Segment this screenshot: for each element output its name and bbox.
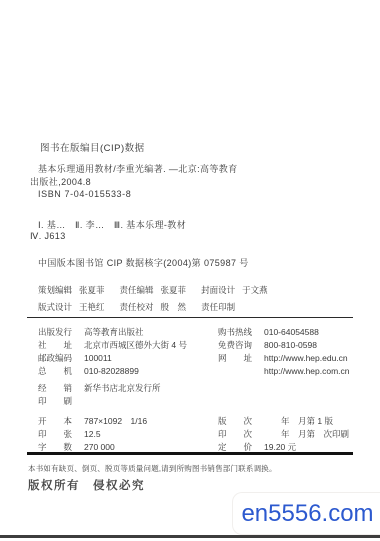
cip-classification-line1: Ⅰ. 基… Ⅱ. 李… Ⅲ. 基本乐理-教材 [38, 218, 186, 231]
publisher-row-label: 印 次 [218, 428, 256, 441]
cip-title-line1: 基本乐理通用教材/李重光编著. —北京:高等教育 [38, 162, 238, 175]
website-url: http://www.hep.com.cn [264, 365, 350, 378]
publisher-row-value: 新华书店北京发行所 [84, 382, 161, 395]
publisher-row: 购书热线010-64054588 [218, 326, 350, 339]
quality-notice: 本书如有缺页、倒页、脱页等质量问题,请到所购图书销售部门联系调换。 [28, 463, 277, 474]
publisher-row: 总 机010-82028899 [38, 365, 187, 378]
publisher-row: 网 址http://www.hep.edu.cn [218, 352, 350, 365]
divider-line-thick [27, 452, 353, 455]
copyright-statement: 版权所有 侵权必究 [28, 477, 145, 493]
publisher-row-value: 800-810-0598 [264, 339, 317, 352]
publisher-row-value: 010-82028899 [84, 365, 139, 378]
publisher-row-label [218, 365, 256, 378]
cip-record-number: 中国版本图书馆 CIP 数据核字(2004)第 075987 号 [38, 256, 249, 269]
credits-row-2: 版式设计王艳红 责任校对殷 然 责任印制 [38, 301, 283, 313]
publisher-row: http://www.hep.com.cn [218, 365, 350, 378]
publisher-row: 经 销新华书店北京发行所 [38, 382, 187, 395]
publisher-info-left: 出版发行高等教育出版社 社 址北京市西城区德外大街 4 号 邮政编码100011… [38, 326, 187, 454]
publisher-row: 开 本787×1092 1/16 [38, 415, 187, 428]
publisher-row-label: 经 销 [38, 382, 76, 395]
credit-item: 责任印制 [201, 301, 242, 313]
watermark-url: en5556.com [241, 500, 373, 528]
cip-title-line2: 出版社,2004.8 [30, 175, 91, 188]
credit-role: 封面设计 [201, 285, 235, 295]
credit-item: 策划编辑张夏菲 [38, 284, 105, 296]
publisher-row-label: 购书热线 [218, 326, 256, 339]
credit-item: 版式设计王艳红 [38, 301, 105, 313]
divider-line-thin [27, 317, 353, 318]
cip-heading: 图书在版编目(CIP)数据 [40, 140, 145, 154]
credit-item: 责任编辑张夏菲 [120, 284, 187, 296]
credit-name: 殷 然 [161, 302, 187, 312]
credit-name: 王艳红 [79, 302, 105, 312]
publisher-row-label: 出版发行 [38, 326, 76, 339]
credit-name: 张夏菲 [161, 285, 187, 295]
cip-classification-line2: Ⅳ. J613 [30, 231, 66, 242]
publisher-row-label: 免费咨询 [218, 339, 256, 352]
website-url: http://www.hep.edu.cn [264, 352, 348, 365]
publisher-row: 邮政编码100011 [38, 352, 187, 365]
credit-role: 责任校对 [120, 302, 154, 312]
credit-name: 于文燕 [242, 285, 268, 295]
publisher-row: 版 次 年 月第 1 版 [218, 415, 350, 428]
publisher-row-label: 邮政编码 [38, 352, 76, 365]
watermark-badge: en5556.com [232, 492, 380, 535]
publisher-info-right: 购书热线010-64054588 免费咨询800-810-0598 网 址htt… [218, 326, 350, 454]
publisher-row-value: 北京市西城区德外大街 4 号 [84, 339, 187, 352]
bottom-border-line [0, 535, 380, 538]
publisher-row: 免费咨询800-810-0598 [218, 339, 350, 352]
publisher-row: 社 址北京市西城区德外大街 4 号 [38, 339, 187, 352]
isbn-number: ISBN 7-04-015533-8 [38, 189, 131, 199]
copyright-page: 图书在版编目(CIP)数据 基本乐理通用教材/李重光编著. —北京:高等教育 出… [0, 0, 380, 541]
credits-block: 策划编辑张夏菲 责任编辑张夏菲 封面设计于文燕 版式设计王艳红 责任校对殷 然 … [38, 284, 283, 317]
publisher-row-value: 787×1092 1/16 [84, 415, 147, 428]
publisher-row-value: 100011 [84, 352, 112, 365]
publisher-row-value: 010-64054588 [264, 326, 319, 339]
credit-name: 张夏菲 [79, 285, 105, 295]
publisher-row-label: 网 址 [218, 352, 256, 365]
publisher-row-value: 高等教育出版社 [84, 326, 144, 339]
publisher-row-label: 总 机 [38, 365, 76, 378]
publisher-row: 印 次 年 月第 次印刷 [218, 428, 350, 441]
publisher-row-label: 开 本 [38, 415, 76, 428]
publisher-row-label: 印 刷 [38, 395, 76, 408]
credit-role: 责任编辑 [120, 285, 154, 295]
publisher-row: 印 刷 [38, 395, 187, 408]
credit-role: 策划编辑 [38, 285, 72, 295]
publisher-row-value: 年 月第 1 版 [264, 415, 333, 428]
publisher-row: 出版发行高等教育出版社 [38, 326, 187, 339]
credit-role: 责任印制 [201, 302, 235, 312]
credit-role: 版式设计 [38, 302, 72, 312]
credit-item: 封面设计于文燕 [201, 284, 268, 296]
publisher-row-label: 印 张 [38, 428, 76, 441]
publisher-row: 印 张12.5 [38, 428, 187, 441]
credits-row-1: 策划编辑张夏菲 责任编辑张夏菲 封面设计于文燕 [38, 284, 283, 296]
publisher-row-label: 版 次 [218, 415, 256, 428]
credit-item: 责任校对殷 然 [120, 301, 187, 313]
publisher-row-value: 年 月第 次印刷 [264, 428, 349, 441]
publisher-row-value: 12.5 [84, 428, 101, 441]
publisher-row-label: 社 址 [38, 339, 76, 352]
